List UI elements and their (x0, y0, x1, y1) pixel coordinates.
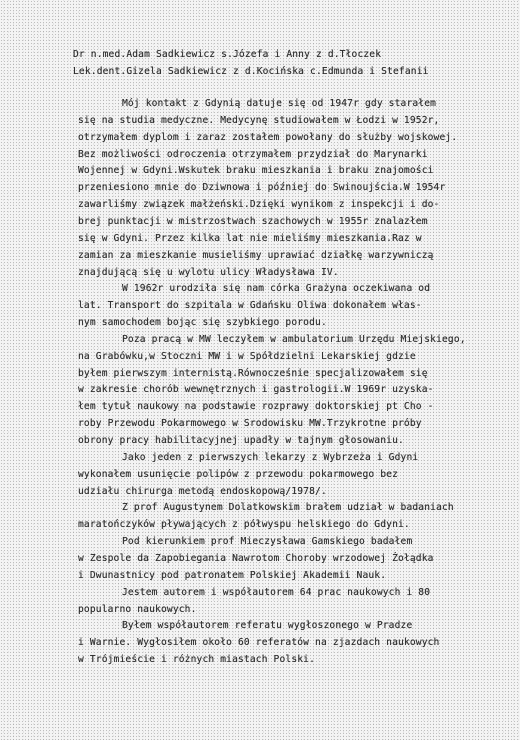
text-line: byłem pierwszym internistą.Równocześnie … (78, 368, 428, 380)
text-line: zawarliśmy związek małżeński.Dzięki wyni… (78, 199, 439, 211)
scanned-document-page: Dr n.med.Adam Sadkiewicz s.Józefa i Anny… (0, 0, 520, 740)
text-line: otrzymałem dyplom i zaraz zostałem powoł… (78, 132, 457, 144)
text-line: Bez możliwości odroczenia otrzymałem prz… (78, 149, 428, 161)
paragraph-first-line: W 1962r urodziła się nam córka Grażyna o… (122, 283, 430, 295)
text-line: obrony pracy habilitacyjnej upadły w taj… (78, 435, 404, 447)
header-line-wife: Lek.dent.Gizela Sadkiewicz z d.Kocińska … (73, 66, 429, 78)
text-line: brej punktacji w mistrzostwach szachowyc… (78, 216, 428, 228)
header-line-husband: Dr n.med.Adam Sadkiewicz s.Józefa i Anny… (73, 49, 381, 61)
text-line: popularno naukowych. (78, 604, 197, 616)
paragraph-first-line: Z prof Augustynem Dolatkowskim brałem ud… (122, 502, 454, 514)
paragraph-first-line: Byłem współautorem referatu wygłoszonego… (122, 620, 412, 632)
text-line: się na studia medyczne. Medycynę studiow… (78, 115, 439, 127)
text-line: nym samochodem bojąc się szybkiego porod… (78, 317, 327, 329)
text-line: lat. Transport do szpitala w Gdańsku Oli… (78, 300, 422, 312)
text-line: znajdującą się u wylotu ulicy Władysława… (78, 267, 339, 279)
text-line: w zakresie chorób wewnętrznych i gastrol… (78, 384, 434, 396)
paragraph-first-line: Poza pracą w MW leczyłem w ambulatorium … (122, 334, 466, 346)
text-line: i Warnie. Wygłosiłem około 60 referatów … (78, 637, 439, 649)
text-line: maratończyków pływających z półwyspu hel… (78, 519, 410, 531)
text-line: w Trójmieście i różnych miastach Polski. (78, 654, 315, 666)
text-line: udziału chirurga metodą endoskopową/1978… (78, 486, 327, 498)
text-line: się w Gdyni. Przez kilka lat nie mieliśm… (78, 233, 422, 245)
text-line: roby Przewodu Pokarmowego w Srodowisku M… (78, 418, 422, 430)
paragraph-first-line: Jako jeden z pierwszych lekarzy z Wybrze… (122, 452, 418, 464)
text-line: zamian za mieszkanie musieliśmy uprawiać… (78, 250, 434, 262)
paragraph-first-line: Mój kontakt z Gdynią datuje się od 1947r… (122, 98, 436, 110)
text-line: na Grabówku,w Stoczni MW i w Spółdzielni… (78, 351, 416, 363)
paragraph-first-line: Pod kierunkiem prof Mieczysława Gamskieg… (122, 536, 412, 548)
text-line: i Dwunastnicy pod patronatem Polskiej Ak… (78, 570, 386, 582)
text-line: w Zespole da Zapobiegania Nawrotom Choro… (78, 553, 434, 565)
text-line: łem tytuł naukowy na podstawie rozprawy … (78, 401, 434, 413)
text-line: wykonałem usunięcie polipów z przewodu p… (78, 469, 398, 481)
text-line: przeniesiono mnie do Dziwnowa i później … (78, 182, 445, 194)
paragraph-first-line: Jestem autorem i współautorem 64 prac na… (122, 587, 430, 599)
text-line: Wojennej w Gdyni.Wskutek braku mieszkani… (78, 165, 434, 177)
